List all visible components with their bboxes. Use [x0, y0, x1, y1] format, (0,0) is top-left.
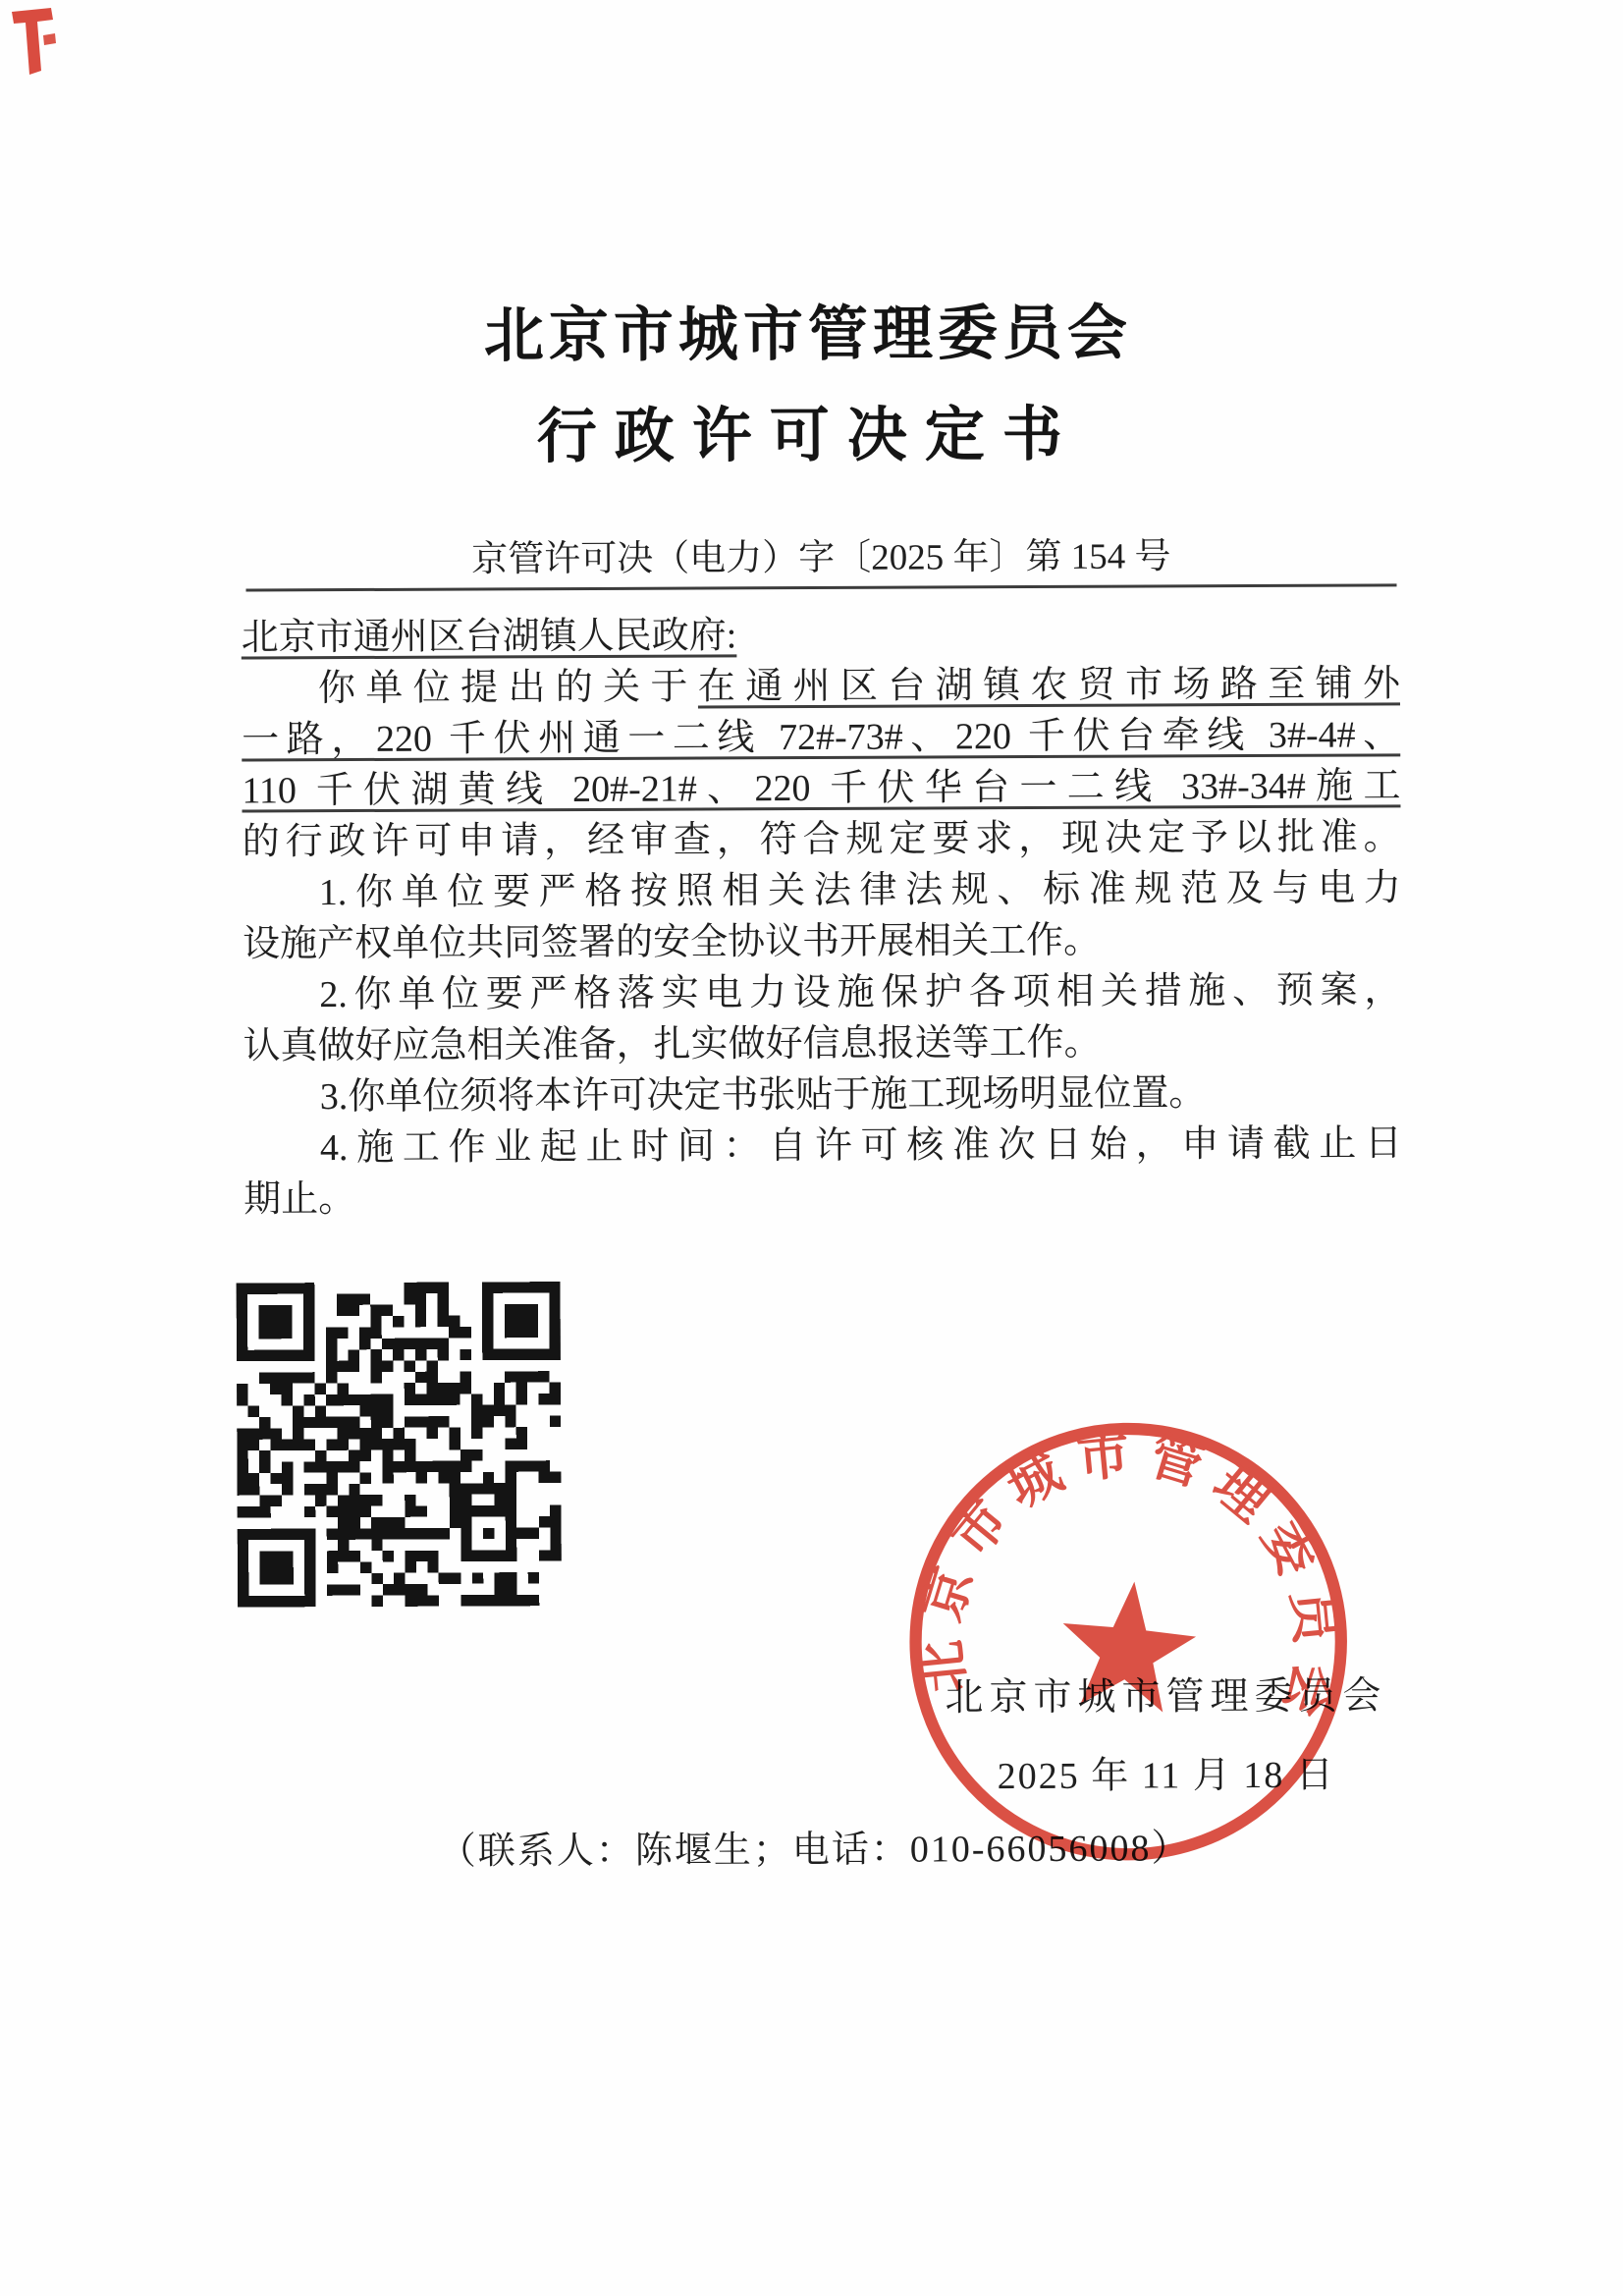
plain-text: 4.施工作业起止时间：自许可核准次日始，申请截止日 — [320, 1122, 1402, 1169]
plain-text: 你单位提出的关于 — [318, 667, 698, 710]
body-line: 2.你单位要严格落实电力设施保护各项相关措施、预案， — [243, 964, 1401, 1020]
body-line: 4.施工作业起止时间：自许可核准次日始，申请截止日 — [243, 1118, 1402, 1174]
body-line: 110 千伏湖黄线 20#-21#、220 千伏华台一二线 33#-34#施工 — [242, 760, 1400, 816]
body-paragraphs: 北京市通州区台湖镇人民政府: 你单位提出的关于在通州区台湖镇农贸市场路至铺外一路… — [242, 607, 1403, 1225]
doc-number: 京管许可决（电力）字〔2025 年〕第 154 号 — [245, 534, 1396, 591]
underlined-text: 在通州区台湖镇农贸市场路至铺外 — [698, 663, 1400, 707]
red-corner-stamp-fragment — [8, 6, 59, 84]
doc-title: 北京市城市管理委员会 行政许可决定书 — [0, 283, 1620, 476]
scanned-sheet: 北京市城市管理委员会 行政许可决定书 京管许可决（电力）字〔2025 年〕第 1… — [0, 0, 1623, 2296]
body-line: 你单位提出的关于在通州区台湖镇农贸市场路至铺外 — [242, 658, 1400, 714]
seal-ring — [895, 1408, 1361, 1874]
plain-text: 的行政许可申请，经审查，符合规定要求，现决定予以批准。 — [243, 816, 1401, 862]
underlined-text: 一路，220 千伏州通一二线 72#-73#、220 千伏台牵线 3#-4#、 — [242, 714, 1400, 760]
addressee: 北京市通州区台湖镇人民政府: — [242, 615, 737, 658]
plain-text: 期止。 — [243, 1178, 355, 1220]
qr-code-image — [237, 1281, 562, 1608]
addressee-line: 北京市通州区台湖镇人民政府: — [242, 607, 1400, 663]
doc-title-line2: 行政许可决定书 — [0, 384, 1620, 476]
signature-date: 2025 年 11 月 18 日 — [934, 1743, 1399, 1799]
body-lines: 你单位提出的关于在通州区台湖镇农贸市场路至铺外一路，220 千伏州通一二线 72… — [242, 658, 1402, 1225]
body-line: 期止。 — [243, 1169, 1402, 1225]
body-line: 认真做好应急相关准备，扎实做好信息报送等工作。 — [243, 1015, 1401, 1071]
body-line: 1.你单位要严格按照相关法律法规、标准规范及与电力 — [243, 862, 1401, 918]
doc-title-line1: 北京市城市管理委员会 — [0, 283, 1620, 375]
contact-line: （联系人：陈堰生；电话：010-66056008） — [3, 1815, 1623, 1876]
underlined-text: 110 千伏湖黄线 20#-21#、220 千伏华台一二线 33#-34#施工 — [242, 765, 1400, 811]
signature-org: 北京市城市管理委员会 — [933, 1665, 1398, 1722]
plain-text: 1.你单位要严格按照相关法律法规、标准规范及与电力 — [319, 867, 1401, 913]
body-line: 3.你单位须将本许可决定书张贴于施工现场明显位置。 — [243, 1066, 1402, 1122]
plain-text: 2.你单位要严格落实电力设施保护各项相关措施、预案， — [319, 969, 1401, 1015]
body-line: 一路，220 千伏州通一二线 72#-73#、220 千伏台牵线 3#-4#、 — [242, 709, 1400, 765]
document-page: 北京市城市管理委员会 行政许可决定书 京管许可决（电力）字〔2025 年〕第 1… — [0, 0, 1623, 2296]
plain-text: 3.你单位须将本许可决定书张贴于施工现场明显位置。 — [320, 1072, 1207, 1118]
plain-text: 设施产权单位共同签署的安全协议书开展相关工作。 — [243, 920, 1101, 965]
qr-code — [237, 1281, 562, 1608]
plain-text: 认真做好应急相关准备，扎实做好信息报送等工作。 — [243, 1022, 1101, 1067]
body-line: 的行政许可申请，经审查，符合规定要求，现决定予以批准。 — [243, 811, 1401, 867]
body-line: 设施产权单位共同签署的安全协议书开展相关工作。 — [243, 913, 1401, 969]
